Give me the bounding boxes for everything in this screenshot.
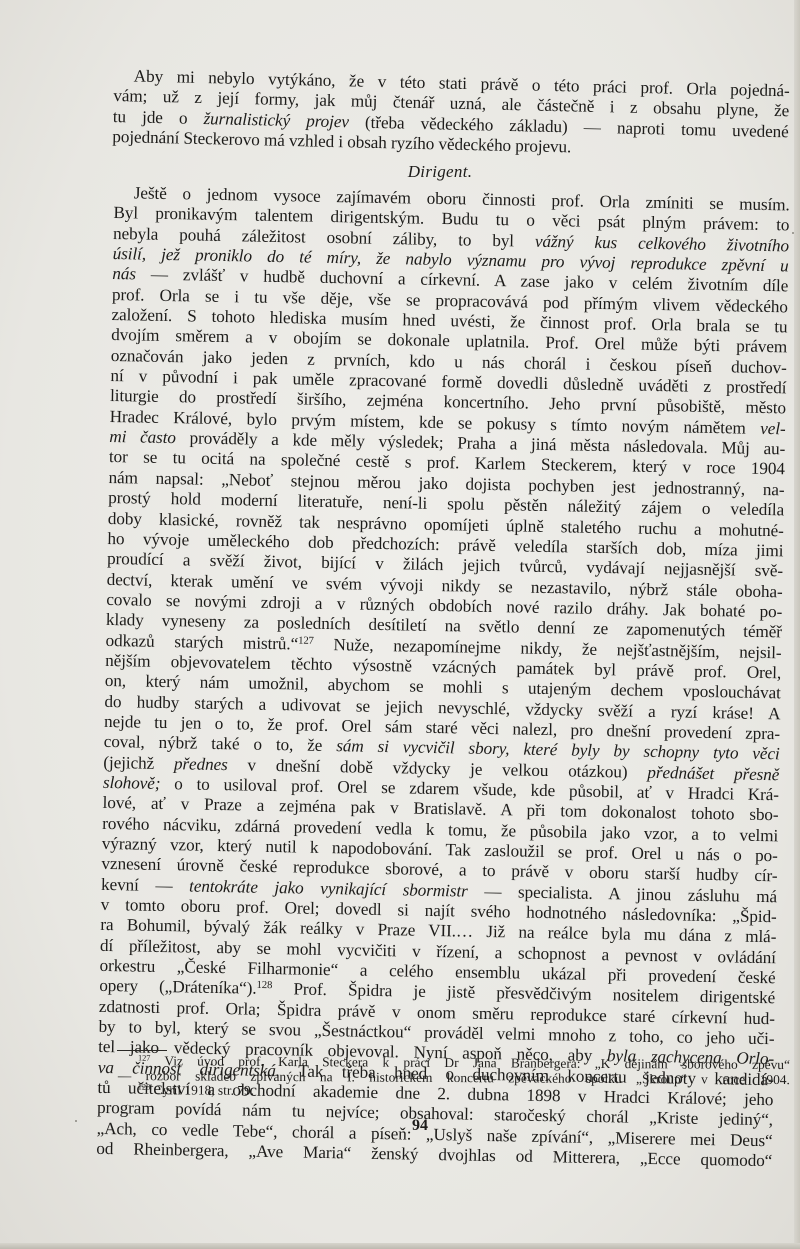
footnote-number: 127 [138,1054,151,1063]
section-heading: Dirigent. [40,162,800,182]
page-number: 94 [20,1117,800,1135]
footnotes: 127 Viz úvod prof. Karla Steckera k prác… [118,1054,790,1102]
scan-speck [75,1120,77,1122]
book-page: Aby mi nebylo vytýkáno, že v této stati … [0,0,800,1249]
scan-speck [792,232,794,234]
footnote-divider [117,1050,167,1051]
page-edge-bottom [0,1243,800,1249]
section-body: Ještě o jednom vysoce zajímavém oboru či… [96,183,790,1172]
footnote-number: 128 [138,1083,151,1092]
footnote-text: Cyril 1918, str. 79. [154,1082,255,1098]
footnote-ref-128[interactable]: 128 [256,980,272,991]
intro-paragraph: Aby mi nebylo vytýkáno, že v této stati … [112,66,790,163]
page-edge-right [794,0,800,1249]
footnote-ref-127[interactable]: 127 [298,635,314,646]
